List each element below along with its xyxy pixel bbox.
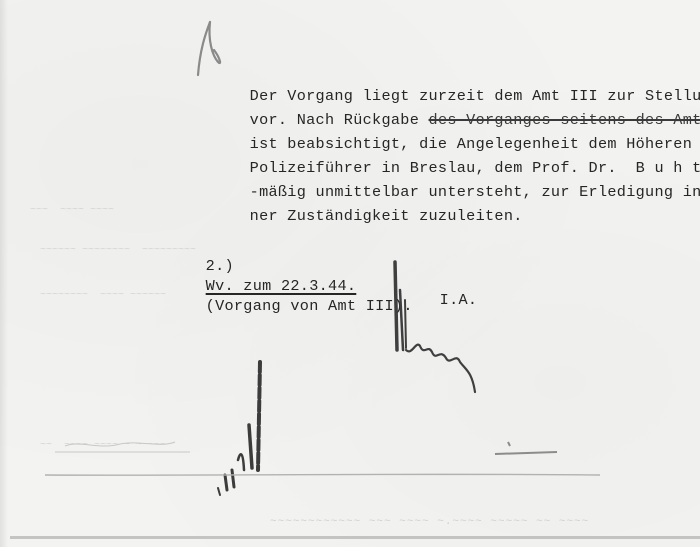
page-bottom-edge [10,536,700,539]
document-page: ~~~ ~~~~ ~~~~ ~~~~~~ ~~~~~~~~ ~~~~~~~~~ … [0,0,700,547]
pencil-rule [45,474,600,475]
pencil-dash [495,442,557,454]
handwriting-layer [0,0,700,547]
bleed-through-footer: ~~~~~~~~~~~~ ~~~ ~~~~ ~.~~~~ ~~~~~ ~~ ~~… [270,516,589,528]
margin-scribble [55,442,190,452]
signature-paraph [395,262,475,392]
initial-mark [198,22,220,75]
